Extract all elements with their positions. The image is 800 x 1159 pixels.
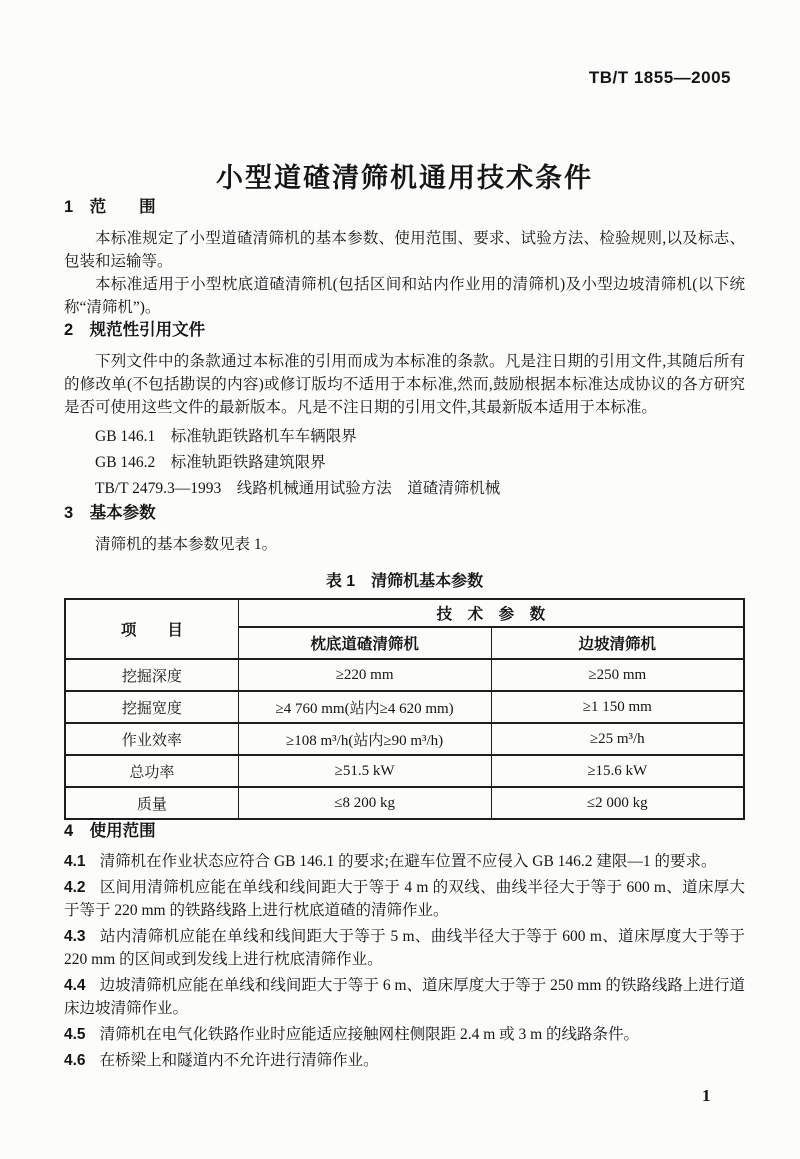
table-header-sleeper-machine: 枕底道碴清筛机 — [238, 627, 491, 659]
row-item-label: 挖掘宽度 — [65, 691, 238, 723]
table-row: 挖掘宽度 ≥4 760 mm(站内≥4 620 mm) ≥1 150 mm — [65, 691, 744, 723]
clause-4-1: 4.1清筛机在作业状态应符合 GB 146.1 的要求;在避车位置不应侵入 GB… — [64, 850, 745, 873]
clause-4-2: 4.2区间用清筛机应能在单线和线间距大于等于 4 m 的双线、曲线半径大于等于 … — [64, 876, 745, 922]
reference-item: GB 146.2 标准轨距铁路建筑限界 — [64, 450, 745, 476]
table-row: 总功率 ≥51.5 kW ≥15.6 kW — [65, 755, 744, 787]
table-row: 质量 ≤8 200 kg ≤2 000 kg — [65, 787, 744, 819]
clause-4-5: 4.5清筛机在电气化铁路作业时应能适应接触网柱侧限距 2.4 m 或 3 m 的… — [64, 1023, 745, 1046]
table-title: 表 1 清筛机基本参数 — [64, 568, 745, 591]
row-value-slope: ≤2 000 kg — [491, 787, 744, 819]
clause-text: 边坡清筛机应能在单线和线间距大于等于 6 m、道床厚度大于等于 250 mm 的… — [64, 977, 745, 1017]
reference-list: GB 146.1 标准轨距铁路机车车辆限界 GB 146.2 标准轨距铁路建筑限… — [64, 424, 745, 502]
section-params-heading: 3 基本参数 — [64, 502, 745, 524]
table-header-item: 项 目 — [65, 599, 238, 659]
row-value-slope: ≥1 150 mm — [491, 691, 744, 723]
reference-item: GB 146.1 标准轨距铁路机车车辆限界 — [64, 424, 745, 450]
params-table: 项 目 技 术 参 数 枕底道碴清筛机 边坡清筛机 挖掘深度 ≥220 mm ≥… — [64, 598, 745, 820]
clause-text: 清筛机在作业状态应符合 GB 146.1 的要求;在避车位置不应侵入 GB 14… — [100, 853, 717, 870]
references-paragraph: 下列文件中的条款通过本标准的引用而成为本标准的条款。凡是注日期的引用文件,其随后… — [64, 350, 745, 419]
table-header-slope-machine: 边坡清筛机 — [491, 627, 744, 659]
row-value-sleeper: ≥220 mm — [238, 659, 491, 691]
clause-text: 区间用清筛机应能在单线和线间距大于等于 4 m 的双线、曲线半径大于等于 600… — [64, 879, 745, 919]
document-page: TB/T 1855—2005 小型道碴清筛机通用技术条件 1 范 围 本标准规定… — [0, 0, 800, 1159]
doc-number: TB/T 1855—2005 — [64, 68, 731, 88]
clause-number: 4.4 — [64, 977, 86, 994]
row-item-label: 挖掘深度 — [65, 659, 238, 691]
row-item-label: 总功率 — [65, 755, 238, 787]
section-scope-heading: 1 范 围 — [64, 196, 745, 218]
section-references-heading: 2 规范性引用文件 — [64, 319, 745, 341]
row-value-slope: ≥25 m³/h — [491, 723, 744, 755]
clause-4-6: 4.6在桥梁上和隧道内不允许进行清筛作业。 — [64, 1049, 745, 1072]
clause-number: 4.2 — [64, 879, 86, 896]
row-value-sleeper: ≤8 200 kg — [238, 787, 491, 819]
row-value-sleeper: ≥4 760 mm(站内≥4 620 mm) — [238, 691, 491, 723]
clause-4-4: 4.4边坡清筛机应能在单线和线间距大于等于 6 m、道床厚度大于等于 250 m… — [64, 974, 745, 1020]
reference-item: TB/T 2479.3—1993 线路机械通用试验方法 道碴清筛机械 — [64, 476, 745, 502]
usage-clauses: 4.1清筛机在作业状态应符合 GB 146.1 的要求;在避车位置不应侵入 GB… — [64, 850, 745, 1072]
scope-paragraph-2: 本标准适用于小型枕底道碴清筛机(包括区间和站内作业用的清筛机)及小型边坡清筛机(… — [64, 273, 745, 319]
clause-number: 4.1 — [64, 853, 86, 870]
clause-text: 在桥梁上和隧道内不允许进行清筛作业。 — [100, 1052, 379, 1069]
table-row: 作业效率 ≥108 m³/h(站内≥90 m³/h) ≥25 m³/h — [65, 723, 744, 755]
clause-number: 4.6 — [64, 1052, 86, 1069]
section-usage-heading: 4 使用范围 — [64, 820, 745, 842]
clause-text: 站内清筛机应能在单线和线间距大于等于 5 m、曲线半径大于等于 600 m、道床… — [64, 928, 745, 968]
row-value-sleeper: ≥108 m³/h(站内≥90 m³/h) — [238, 723, 491, 755]
row-item-label: 作业效率 — [65, 723, 238, 755]
row-value-slope: ≥250 mm — [491, 659, 744, 691]
clause-4-3: 4.3站内清筛机应能在单线和线间距大于等于 5 m、曲线半径大于等于 600 m… — [64, 925, 745, 971]
scope-paragraph-1: 本标准规定了小型道碴清筛机的基本参数、使用范围、要求、试验方法、检验规则,以及标… — [64, 227, 745, 273]
row-item-label: 质量 — [65, 787, 238, 819]
clause-text: 清筛机在电气化铁路作业时应能适应接触网柱侧限距 2.4 m 或 3 m 的线路条… — [100, 1026, 640, 1043]
table-row: 挖掘深度 ≥220 mm ≥250 mm — [65, 659, 744, 691]
row-value-sleeper: ≥51.5 kW — [238, 755, 491, 787]
row-value-slope: ≥15.6 kW — [491, 755, 744, 787]
page-number: 1 — [702, 1086, 711, 1106]
clause-number: 4.5 — [64, 1026, 86, 1043]
params-paragraph: 清筛机的基本参数见表 1。 — [64, 533, 745, 556]
page-title: 小型道碴清筛机通用技术条件 — [64, 160, 745, 196]
table-header-tech-params: 技 术 参 数 — [238, 599, 744, 627]
clause-number: 4.3 — [64, 928, 86, 945]
